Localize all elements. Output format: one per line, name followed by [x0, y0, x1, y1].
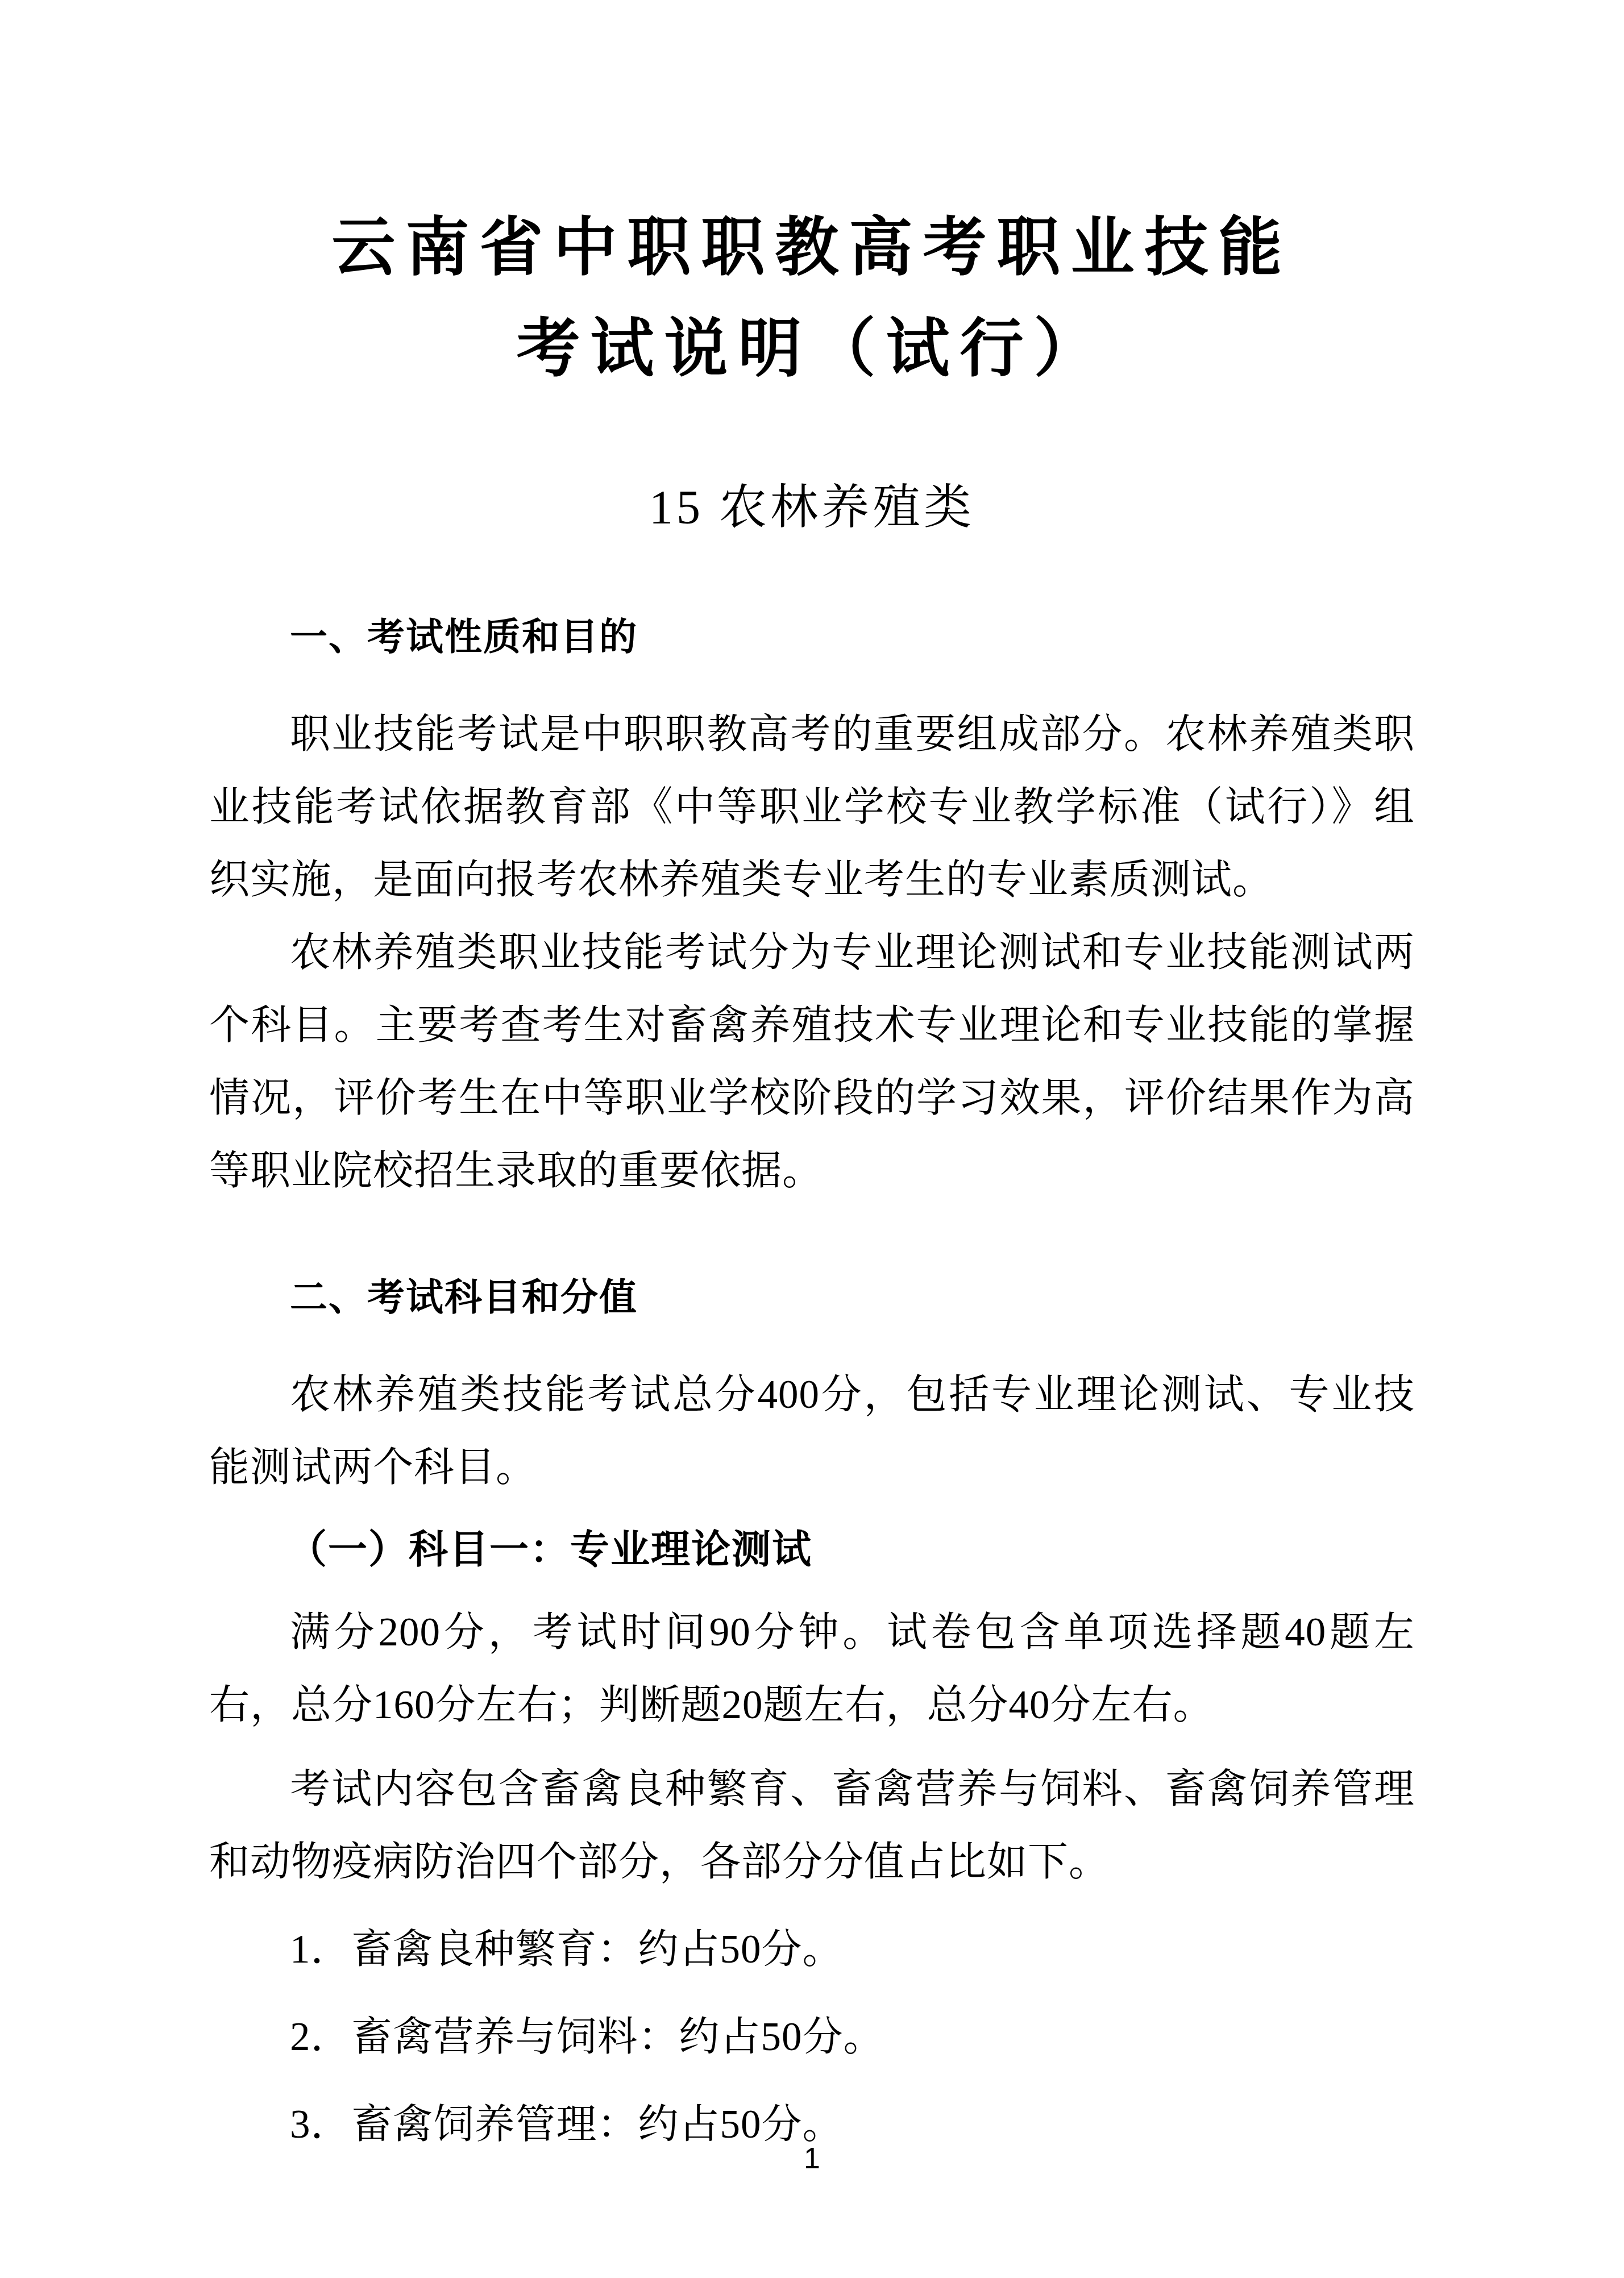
subsection-1-heading: （一）科目一：专业理论测试 — [209, 1516, 1415, 1583]
document-page: 云南省中职职教高考职业技能 考试说明（试行） 15 农林养殖类 一、考试性质和目… — [0, 0, 1624, 2278]
subsection-1-paragraph-2: 考试内容包含畜禽良种繁育、畜禽营养与饲料、畜禽饲养管理和动物疫病防治四个部分，各… — [209, 1753, 1415, 1898]
section-1-heading: 一、考试性质和目的 — [209, 608, 1415, 665]
subsection-1-paragraph-1: 满分200分，考试时间90分钟。试卷包含单项选择题40题左右，总分160分左右；… — [209, 1596, 1415, 1741]
section-2-heading: 二、考试科目和分值 — [209, 1269, 1415, 1325]
category-subtitle: 15 农林养殖类 — [209, 469, 1415, 547]
doc-title-line2: 考试说明（试行） — [209, 299, 1415, 400]
score-list-item-2: 2．畜禽营养与饲料：约占50分。 — [209, 2001, 1415, 2073]
score-list-item-1: 1．畜禽良种繁育：约占50分。 — [209, 1913, 1415, 1986]
section-2-paragraph-1: 农林养殖类技能考试总分400分，包括专业理论测试、专业技能测试两个科目。 — [209, 1358, 1415, 1504]
doc-title-line1: 云南省中职职教高考职业技能 — [209, 198, 1415, 299]
section-1-paragraph-1: 职业技能考试是中职职教高考的重要组成部分。农林养殖类职业技能考试依据教育部《中等… — [209, 698, 1415, 916]
page-number: 1 — [0, 2142, 1624, 2176]
section-1-paragraph-2: 农林养殖类职业技能考试分为专业理论测试和专业技能测试两个科目。主要考查考生对畜禽… — [209, 916, 1415, 1207]
